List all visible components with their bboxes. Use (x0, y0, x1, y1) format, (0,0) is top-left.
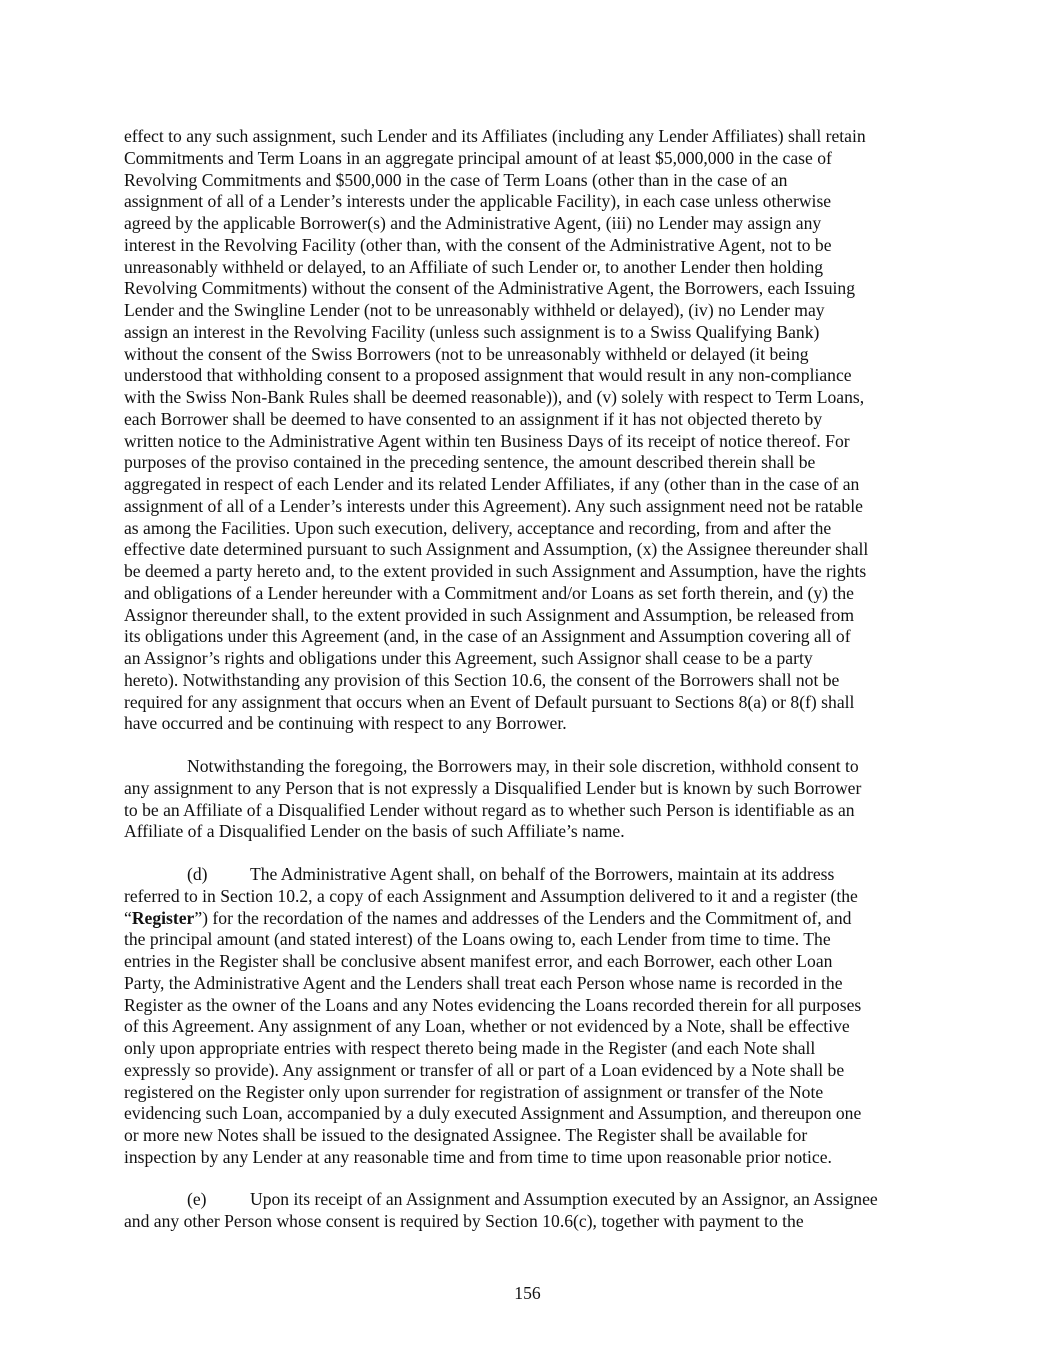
defined-term-register: Register (132, 908, 195, 928)
text-line: and any other Person whose consent is re… (124, 1211, 934, 1233)
text-line: only upon appropriate entries with respe… (124, 1038, 934, 1060)
text-line: written notice to the Administrative Age… (124, 431, 934, 453)
section-label: (d) (187, 864, 250, 886)
text-line: Lender and the Swingline Lender (not to … (124, 300, 934, 322)
text-line: interest in the Revolving Facility (othe… (124, 235, 934, 257)
text-line: Revolving Commitments and $500,000 in th… (124, 170, 934, 192)
text-line: have occurred and be continuing with res… (124, 713, 934, 735)
text-line: Affiliate of a Disqualified Lender on th… (124, 821, 934, 843)
text-line: “Register”) for the recordation of the n… (124, 908, 934, 930)
text-line: inspection by any Lender at any reasonab… (124, 1147, 934, 1169)
text-line: without the consent of the Swiss Borrowe… (124, 344, 934, 366)
text-line: the principal amount (and stated interes… (124, 929, 934, 951)
text-line: Notwithstanding the foregoing, the Borro… (124, 756, 934, 778)
text-line: (e)Upon its receipt of an Assignment and… (124, 1189, 934, 1211)
text-line: aggregated in respect of each Lender and… (124, 474, 934, 496)
text-line: Revolving Commitments) without the conse… (124, 278, 934, 300)
text-line: entries in the Register shall be conclus… (124, 951, 934, 973)
text-line: or more new Notes shall be issued to the… (124, 1125, 934, 1147)
text-line: expressly so provide). Any assignment or… (124, 1060, 934, 1082)
text-line: assign an interest in the Revolving Faci… (124, 322, 934, 344)
text-line: Register as the owner of the Loans and a… (124, 995, 934, 1017)
text-line: of this Agreement. Any assignment of any… (124, 1016, 934, 1038)
text-line: any assignment to any Person that is not… (124, 778, 934, 800)
quote-mark: “ (124, 908, 132, 928)
section-text: The Administrative Agent shall, on behal… (250, 864, 834, 884)
text-line: agreed by the applicable Borrower(s) and… (124, 213, 934, 235)
continuation-paragraph: effect to any such assignment, such Lend… (124, 126, 934, 735)
text-line: Assignor thereunder shall, to the extent… (124, 605, 934, 627)
text-line: Party, the Administrative Agent and the … (124, 973, 934, 995)
section-e: (e)Upon its receipt of an Assignment and… (124, 1189, 934, 1233)
text-line: assignment of all of a Lender’s interest… (124, 191, 934, 213)
text-line: evidencing such Loan, accompanied by a d… (124, 1103, 934, 1125)
document-page: effect to any such assignment, such Lend… (0, 0, 1055, 1365)
notwithstanding-paragraph: Notwithstanding the foregoing, the Borro… (124, 756, 934, 843)
page-number: 156 (0, 1282, 1055, 1304)
text-line: each Borrower shall be deemed to have co… (124, 409, 934, 431)
text-line: Commitments and Term Loans in an aggrega… (124, 148, 934, 170)
text-line: purposes of the proviso contained in the… (124, 452, 934, 474)
text-line: understood that withholding consent to a… (124, 365, 934, 387)
section-label: (e) (187, 1189, 250, 1211)
text-line: its obligations under this Agreement (an… (124, 626, 934, 648)
text-line: unreasonably withheld or delayed, to an … (124, 257, 934, 279)
text-line: registered on the Register only upon sur… (124, 1082, 934, 1104)
text-line: to be an Affiliate of a Disqualified Len… (124, 800, 934, 822)
text-line: referred to in Section 10.2, a copy of e… (124, 886, 934, 908)
section-d: (d)The Administrative Agent shall, on be… (124, 864, 934, 1169)
text-line: and obligations of a Lender hereunder wi… (124, 583, 934, 605)
text-line: assignment of all of a Lender’s interest… (124, 496, 934, 518)
text-line: (d)The Administrative Agent shall, on be… (124, 864, 934, 886)
text-line: an Assignor’s rights and obligations und… (124, 648, 934, 670)
text-line: be deemed a party hereto and, to the ext… (124, 561, 934, 583)
text-line: with the Swiss Non-Bank Rules shall be d… (124, 387, 934, 409)
text-line: effect to any such assignment, such Lend… (124, 126, 934, 148)
text-line: effective date determined pursuant to su… (124, 539, 934, 561)
text-line: hereto). Notwithstanding any provision o… (124, 670, 934, 692)
section-text: ”) for the recordation of the names and … (194, 908, 851, 928)
text-line: required for any assignment that occurs … (124, 692, 934, 714)
text-line: as among the Facilities. Upon such execu… (124, 518, 934, 540)
section-text: Upon its receipt of an Assignment and As… (250, 1189, 878, 1209)
